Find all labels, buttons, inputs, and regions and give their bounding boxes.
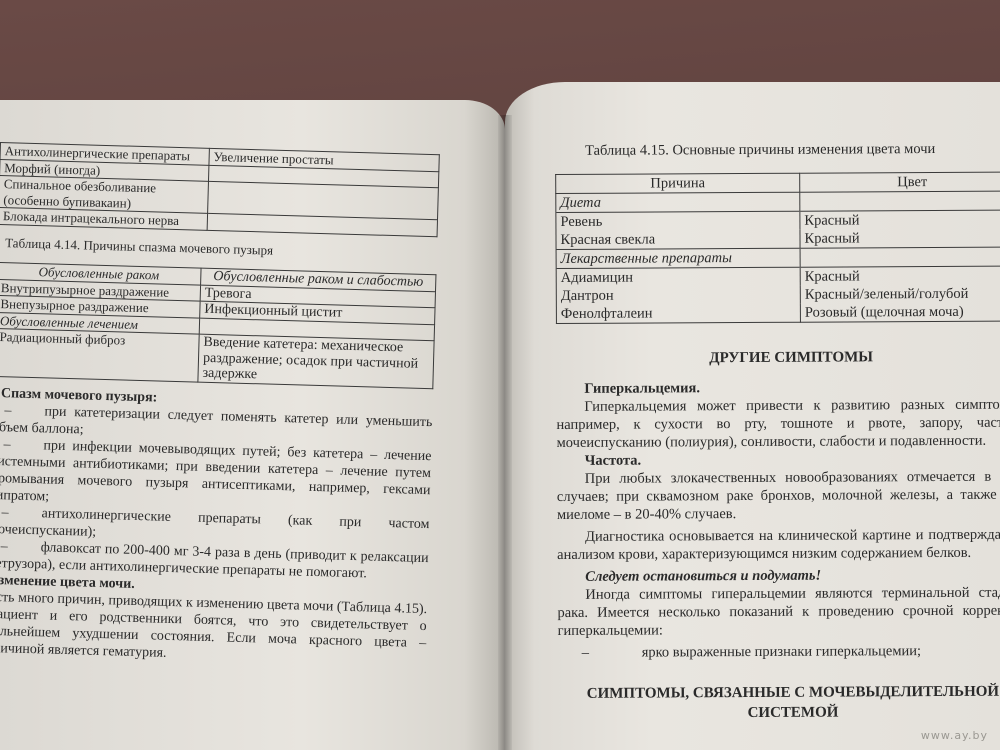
table-cell: Красный/зеленый/голубой (800, 285, 1000, 304)
frequency-heading: Частота. (557, 450, 1000, 470)
table-4-15-caption: Таблица 4.15. Основные причины изменения… (585, 140, 1000, 160)
hypercalcemia-paragraph: Гиперкальцемия может привести к развитию… (556, 396, 1000, 452)
book-gutter-shadow (498, 115, 512, 750)
table-row: АдиамицинКрасный (556, 266, 1000, 287)
table-group-label: Лекарственные препараты (556, 248, 800, 268)
table-row: Красная свеклаКрасный (556, 229, 1000, 250)
table-continuation: Антихолинергические препаратыУвеличение … (0, 142, 440, 237)
table-cell: Дантрон (556, 286, 800, 305)
table-cell: Розовый (щелочная моча) (800, 303, 1000, 323)
table-cell: Фенолфталеин (556, 304, 800, 324)
right-page-content: Таблица 4.15. Основные причины изменения… (555, 140, 1000, 736)
stop-and-think-paragraph: Иногда симптомы гиперальцемии являются т… (557, 584, 1000, 640)
table-cell: Ревень (556, 211, 800, 231)
table-group-label: Диета (556, 192, 800, 212)
table-cell: Адиамицин (556, 267, 800, 287)
table-cell: Красный (800, 229, 1000, 249)
table-group-row: Диета (556, 191, 1000, 212)
diagnostics-paragraph: Диагностика основывается на клинической … (557, 526, 1000, 564)
section-heading-urinary-symptoms: СИМПТОМЫ, СВЯЗАННЫЕ С МОЧЕВЫДЕЛИТЕЛЬНОЙ … (558, 682, 1000, 724)
stop-list-item: –ярко выраженные признаки гиперкальцемии… (558, 642, 1000, 662)
table-row: ФенолфталеинРозовый (щелочная моча) (556, 303, 1000, 324)
table-cell: Радиационный фиброз (0, 328, 199, 381)
list-item: –при инфекции мочевыводящих путей; без к… (0, 435, 432, 515)
table-4-15-header-cause: Причина (556, 173, 800, 193)
table-cell: Красный (800, 266, 1000, 286)
table-cell: Красный (800, 210, 1000, 230)
color-change-paragraph: Есть много причин, приводящих к изменени… (0, 588, 427, 668)
table-4-15-header-color: Цвет (800, 172, 1000, 192)
watermark: www.ay.by (921, 729, 988, 742)
left-page: Антихолинергические препаратыУвеличение … (0, 100, 505, 750)
table-cell: Красная свекла (556, 230, 800, 250)
table-cell: Спинальное обезболивание (особенно бупив… (0, 176, 208, 214)
hypercalcemia-heading: Гиперкальцемия. (556, 378, 1000, 398)
section-heading-other-symptoms: ДРУГИЕ СИМПТОМЫ (556, 348, 1000, 368)
table-4-14-caption: Таблица 4.14. Причины спазма мочевого пу… (5, 235, 437, 263)
table-cell: Введение катетера: механическое раздраже… (198, 334, 434, 388)
spasm-list: –при катетеризации следует поменять кате… (0, 401, 433, 583)
table-row: РевеньКрасный (556, 210, 1000, 231)
table-4-15: Причина Цвет ДиетаРевеньКрасныйКрасная с… (555, 172, 1000, 324)
frequency-paragraph: При любых злокачественных новообразовани… (557, 468, 1000, 524)
table-4-14: Обусловленные раком Обусловленные раком … (0, 262, 436, 389)
left-page-content: Антихолинергические препаратыУвеличение … (0, 142, 440, 669)
table-row: ДантронКрасный/зеленый/голубой (556, 285, 1000, 305)
stop-and-think-heading: Следует остановиться и подумать! (557, 566, 1000, 586)
table-group-row: Лекарственные препараты (556, 247, 1000, 268)
right-page: Таблица 4.15. Основные причины изменения… (505, 82, 1000, 750)
